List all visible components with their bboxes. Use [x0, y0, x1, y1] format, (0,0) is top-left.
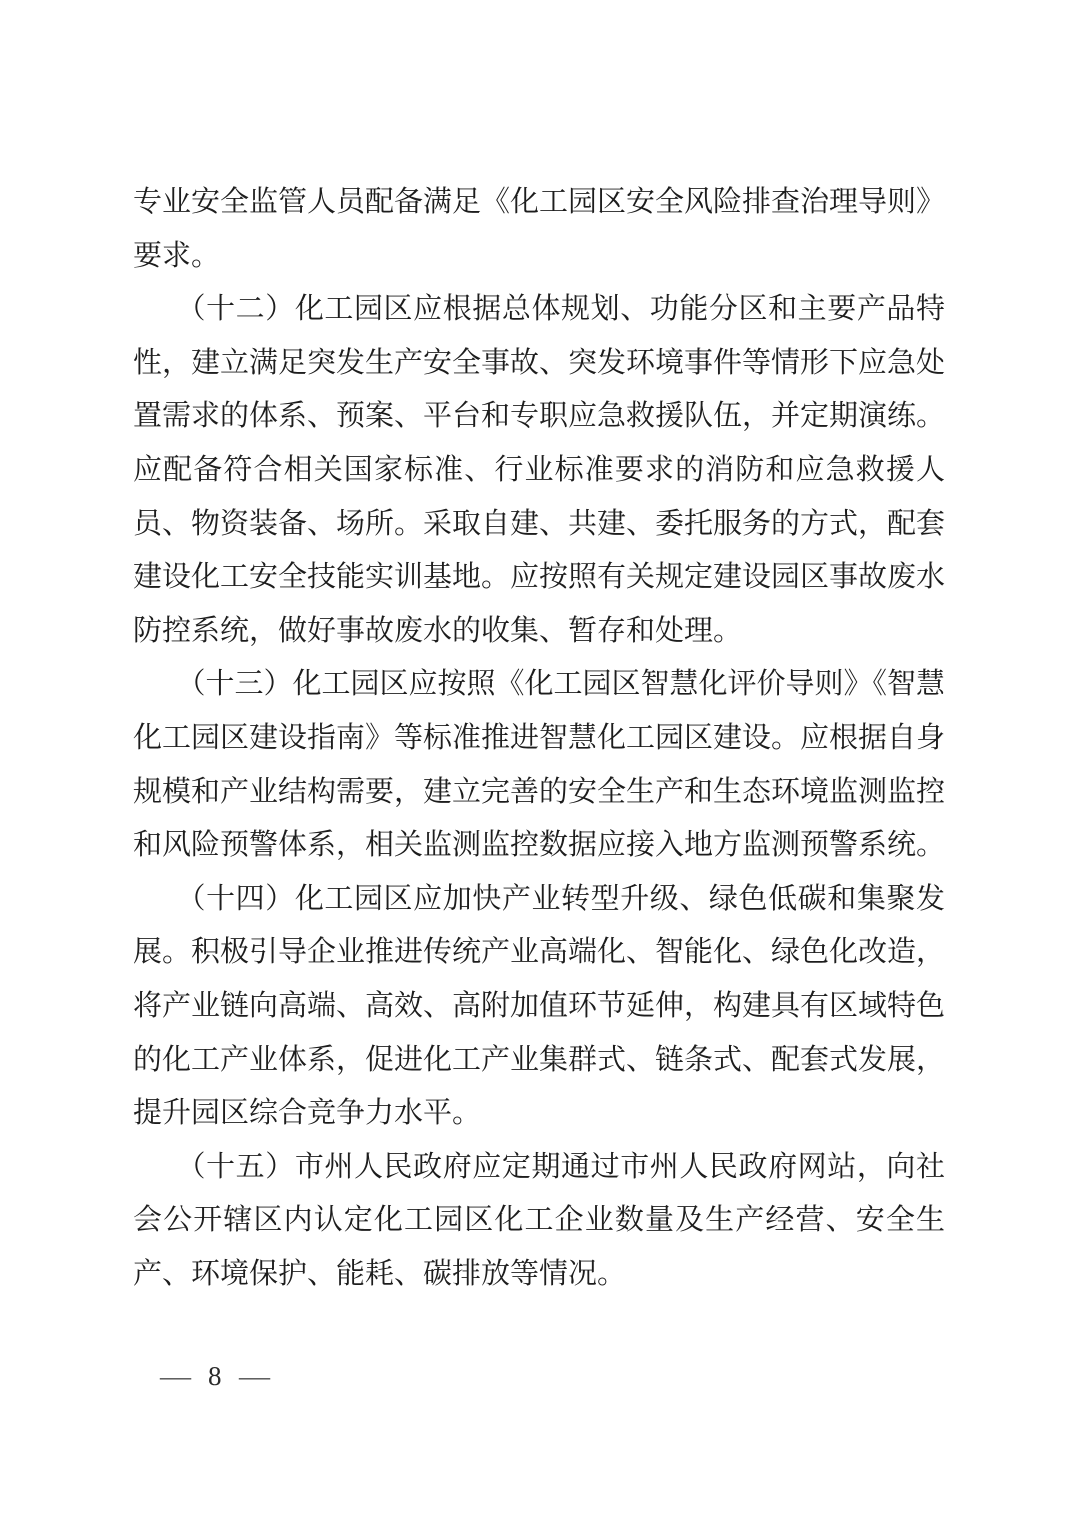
footer-dash-right: — [238, 1358, 269, 1394]
paragraph-continuation: 专业安全监管人员配备满足《化工园区安全风险排查治理导则》要求。 [133, 176, 945, 283]
paragraph-item-15: （十五）市州人民政府应定期通过市州人民政府网站，向社会公开辖区内认定化工园区化工… [133, 1141, 945, 1302]
paragraph-item-14: （十四）化工园区应加快产业转型升级、绿色低碳和集聚发展。积极引导企业推进传统产业… [133, 873, 945, 1141]
page-number: 8 [208, 1358, 222, 1394]
paragraph-item-12: （十二）化工园区应根据总体规划、功能分区和主要产品特性，建立满足突发生产安全事故… [133, 283, 945, 658]
footer-dash-left: — [160, 1358, 191, 1394]
paragraph-item-13: （十三）化工园区应按照《化工园区智慧化评价导则》《智慧化工园区建设指南》等标准推… [133, 658, 945, 872]
document-text-block: 专业安全监管人员配备满足《化工园区安全风险排查治理导则》要求。 （十二）化工园区… [133, 176, 945, 1301]
document-page: 专业安全监管人员配备满足《化工园区安全风险排查治理导则》要求。 （十二）化工园区… [0, 0, 1080, 1527]
page-footer: — 8 — [162, 1358, 268, 1394]
